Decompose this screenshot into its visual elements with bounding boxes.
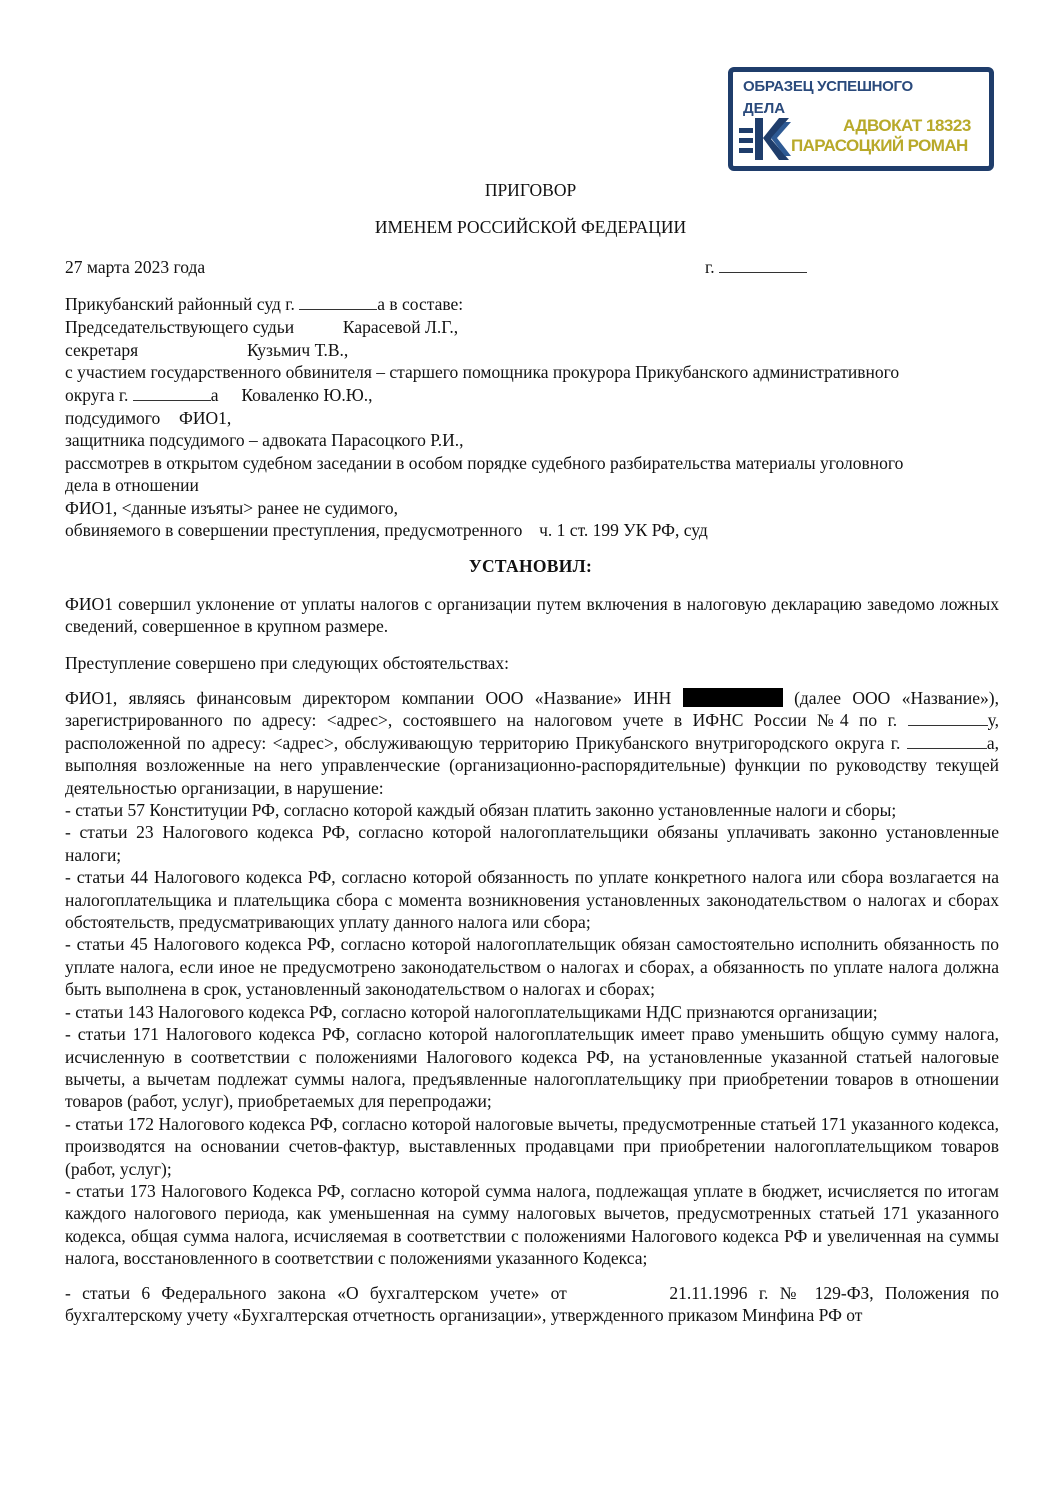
prosecutor-line: с участием государственного обвинителя –… [65, 361, 899, 383]
law-firm-logo-icon [739, 116, 795, 162]
document-date: 27 марта 2023 года [65, 256, 205, 278]
prosecutor-line-2: округа г. а Коваленко Ю.Ю., [65, 384, 373, 406]
violation-item: - статьи 173 Налогового Кодекса РФ, согл… [65, 1180, 999, 1270]
law-firm-logo: ОБРАЗЕЦ УСПЕШНОГО ДЕЛА АДВОКАТ 18323 ПАР… [728, 67, 994, 171]
circumstances-line: Преступление совершено при следующих обс… [65, 652, 509, 674]
violation-item: - статьи 45 Налогового кодекса РФ, согла… [65, 933, 999, 1000]
logo-line-4: ПАРАСОЦКИЙ РОМАН [791, 136, 968, 156]
main-body: ФИО1, являясь финансовым директором комп… [65, 687, 999, 799]
document-subtitle: ИМЕНЕМ РОССИЙСКОЙ ФЕДЕРАЦИИ [0, 217, 1061, 238]
city-prefix: г. [705, 257, 715, 277]
body-part-1: ФИО1, являясь финансовым директором комп… [65, 688, 671, 708]
city-field: г. [705, 256, 807, 278]
document-page: ОБРАЗЕЦ УСПЕШНОГО ДЕЛА АДВОКАТ 18323 ПАР… [0, 0, 1061, 1500]
charge-line: обвиняемого в совершении преступления, п… [65, 519, 708, 541]
judge-label: Председательствующего судьи [65, 317, 294, 337]
redacted-inn [683, 688, 783, 707]
secretary-label: секретаря [65, 340, 138, 360]
logo-line-1: ОБРАЗЕЦ УСПЕШНОГО [743, 78, 913, 95]
violation-item: - статьи 44 Налогового кодекса РФ, согла… [65, 866, 999, 933]
logo-line-3: АДВОКАТ 18323 [843, 116, 971, 136]
court-prefix: Прикубанский районный суд г. [65, 294, 295, 314]
defendant-label: подсудимого [65, 408, 160, 428]
prosecutor-city-blank [133, 384, 211, 401]
considering-line-2: дела в отношении [65, 474, 199, 496]
summary-paragraph: ФИО1 совершил уклонение от уплаты налого… [65, 593, 999, 638]
judge-name: Карасевой Л.Г., [343, 317, 458, 337]
violation-item: - статьи 172 Налогового кодекса РФ, согл… [65, 1113, 999, 1180]
violation-item-last: - статьи 6 Федерального закона «О бухгал… [65, 1282, 999, 1327]
prosecutor-name: Коваленко Ю.Ю., [241, 385, 372, 405]
violation-item: - статьи 143 Налогового кодекса РФ, согл… [65, 1001, 999, 1023]
court-city-blank [299, 293, 377, 310]
violation-item: - статьи 171 Налогового кодекса РФ, согл… [65, 1023, 999, 1113]
defendant-line: подсудимого ФИО1, [65, 407, 231, 429]
city-blank-2 [908, 709, 988, 726]
charge-article: ч. 1 ст. 199 УК РФ, суд [539, 520, 708, 540]
secretary-name: Кузьмич Т.В., [247, 340, 348, 360]
court-suffix: а в составе: [377, 294, 463, 314]
violation-item: - статьи 57 Конституции РФ, согласно кот… [65, 799, 999, 821]
document-title: ПРИГОВОР [0, 180, 1061, 201]
established-heading: УСТАНОВИЛ: [0, 556, 1061, 577]
prosecutor-suffix: а [211, 385, 219, 405]
person-line: ФИО1, <данные изъяты> ранее не судимого, [65, 497, 398, 519]
main-paragraph: ФИО1, являясь финансовым директором комп… [65, 687, 999, 1326]
judge-line: Председательствующего судьи Карасевой Л.… [65, 316, 458, 338]
charge-prefix: обвиняемого в совершении преступления, п… [65, 520, 522, 540]
defendant-name: ФИО1, [179, 408, 231, 428]
considering-line-1: рассмотрев в открытом судебном заседании… [65, 452, 903, 474]
city-blank [719, 256, 807, 273]
court-line: Прикубанский районный суд г. а в составе… [65, 293, 463, 315]
violation-item: - статьи 23 Налогового кодекса РФ, согла… [65, 821, 999, 866]
city-blank-3 [907, 732, 987, 749]
last-part-1: - статьи 6 Федерального закона «О бухгал… [65, 1283, 567, 1303]
logo-line-2: ДЕЛА [743, 100, 785, 117]
secretary-line: секретаря Кузьмич Т.В., [65, 339, 348, 361]
prosecutor-prefix: округа г. [65, 385, 128, 405]
defender-line: защитника подсудимого – адвоката Парасоц… [65, 429, 464, 451]
